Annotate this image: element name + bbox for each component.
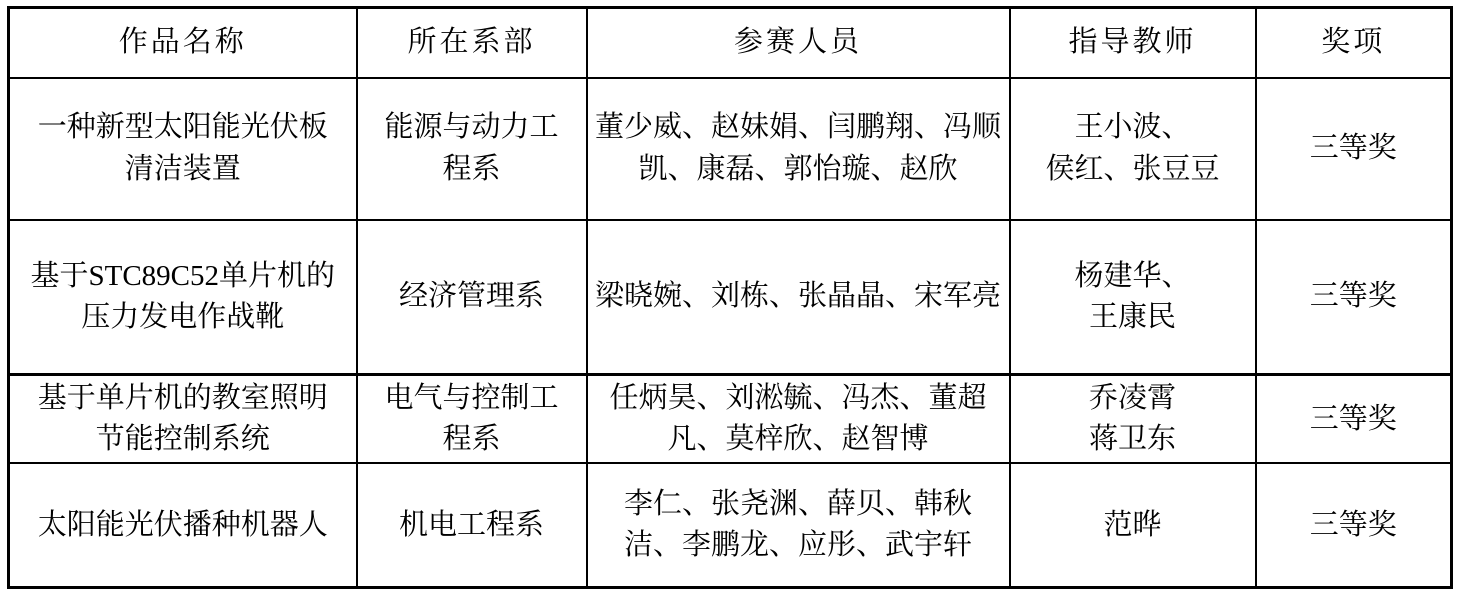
cell-department: 机电工程系 <box>357 463 587 587</box>
header-cell-participants: 参赛人员 <box>587 8 1010 78</box>
cell-participants: 李仁、张尧渊、薛贝、韩秋 洁、李鹏龙、应彤、武宇轩 <box>587 463 1010 587</box>
header-cell-award: 奖项 <box>1256 8 1452 78</box>
table-row: 基于单片机的教室照明 节能控制系统 电气与控制工 程系 任炳昊、刘淞毓、冯杰、董… <box>9 375 1452 464</box>
table-row: 太阳能光伏播种机器人 机电工程系 李仁、张尧渊、薛贝、韩秋 洁、李鹏龙、应彤、武… <box>9 463 1452 587</box>
cell-advisors: 王小波、 侯红、张豆豆 <box>1010 78 1256 220</box>
cell-award: 三等奖 <box>1256 78 1452 220</box>
cell-award: 三等奖 <box>1256 375 1452 464</box>
table-header-row: 作品名称 所在系部 参赛人员 指导教师 奖项 <box>9 8 1452 78</box>
cell-department: 电气与控制工 程系 <box>357 375 587 464</box>
header-cell-department: 所在系部 <box>357 8 587 78</box>
document-page: 作品名称 所在系部 参赛人员 指导教师 奖项 一种新型太阳能光伏板 清洁装置 能… <box>0 0 1457 594</box>
cell-award: 三等奖 <box>1256 220 1452 375</box>
cell-work-name: 太阳能光伏播种机器人 <box>9 463 357 587</box>
cell-advisors: 杨建华、 王康民 <box>1010 220 1256 375</box>
cell-participants: 梁晓婉、刘栋、张晶晶、宋军亮 <box>587 220 1010 375</box>
cell-work-name: 基于STC89C52单片机的 压力发电作战靴 <box>9 220 357 375</box>
cell-award: 三等奖 <box>1256 463 1452 587</box>
cell-advisors: 乔凌霄 蒋卫东 <box>1010 375 1256 464</box>
cell-work-name: 一种新型太阳能光伏板 清洁装置 <box>9 78 357 220</box>
cell-department: 能源与动力工 程系 <box>357 78 587 220</box>
table-row: 一种新型太阳能光伏板 清洁装置 能源与动力工 程系 董少威、赵妹娟、闫鹏翔、冯顺… <box>9 78 1452 220</box>
cell-advisors: 范晔 <box>1010 463 1256 587</box>
cell-participants: 任炳昊、刘淞毓、冯杰、董超 凡、莫梓欣、赵智博 <box>587 375 1010 464</box>
award-results-table: 作品名称 所在系部 参赛人员 指导教师 奖项 一种新型太阳能光伏板 清洁装置 能… <box>7 6 1453 589</box>
table-row: 基于STC89C52单片机的 压力发电作战靴 经济管理系 梁晓婉、刘栋、张晶晶、… <box>9 220 1452 375</box>
cell-work-name: 基于单片机的教室照明 节能控制系统 <box>9 375 357 464</box>
header-cell-work-name: 作品名称 <box>9 8 357 78</box>
cell-participants: 董少威、赵妹娟、闫鹏翔、冯顺 凯、康磊、郭怡璇、赵欣 <box>587 78 1010 220</box>
cell-department: 经济管理系 <box>357 220 587 375</box>
header-cell-advisors: 指导教师 <box>1010 8 1256 78</box>
